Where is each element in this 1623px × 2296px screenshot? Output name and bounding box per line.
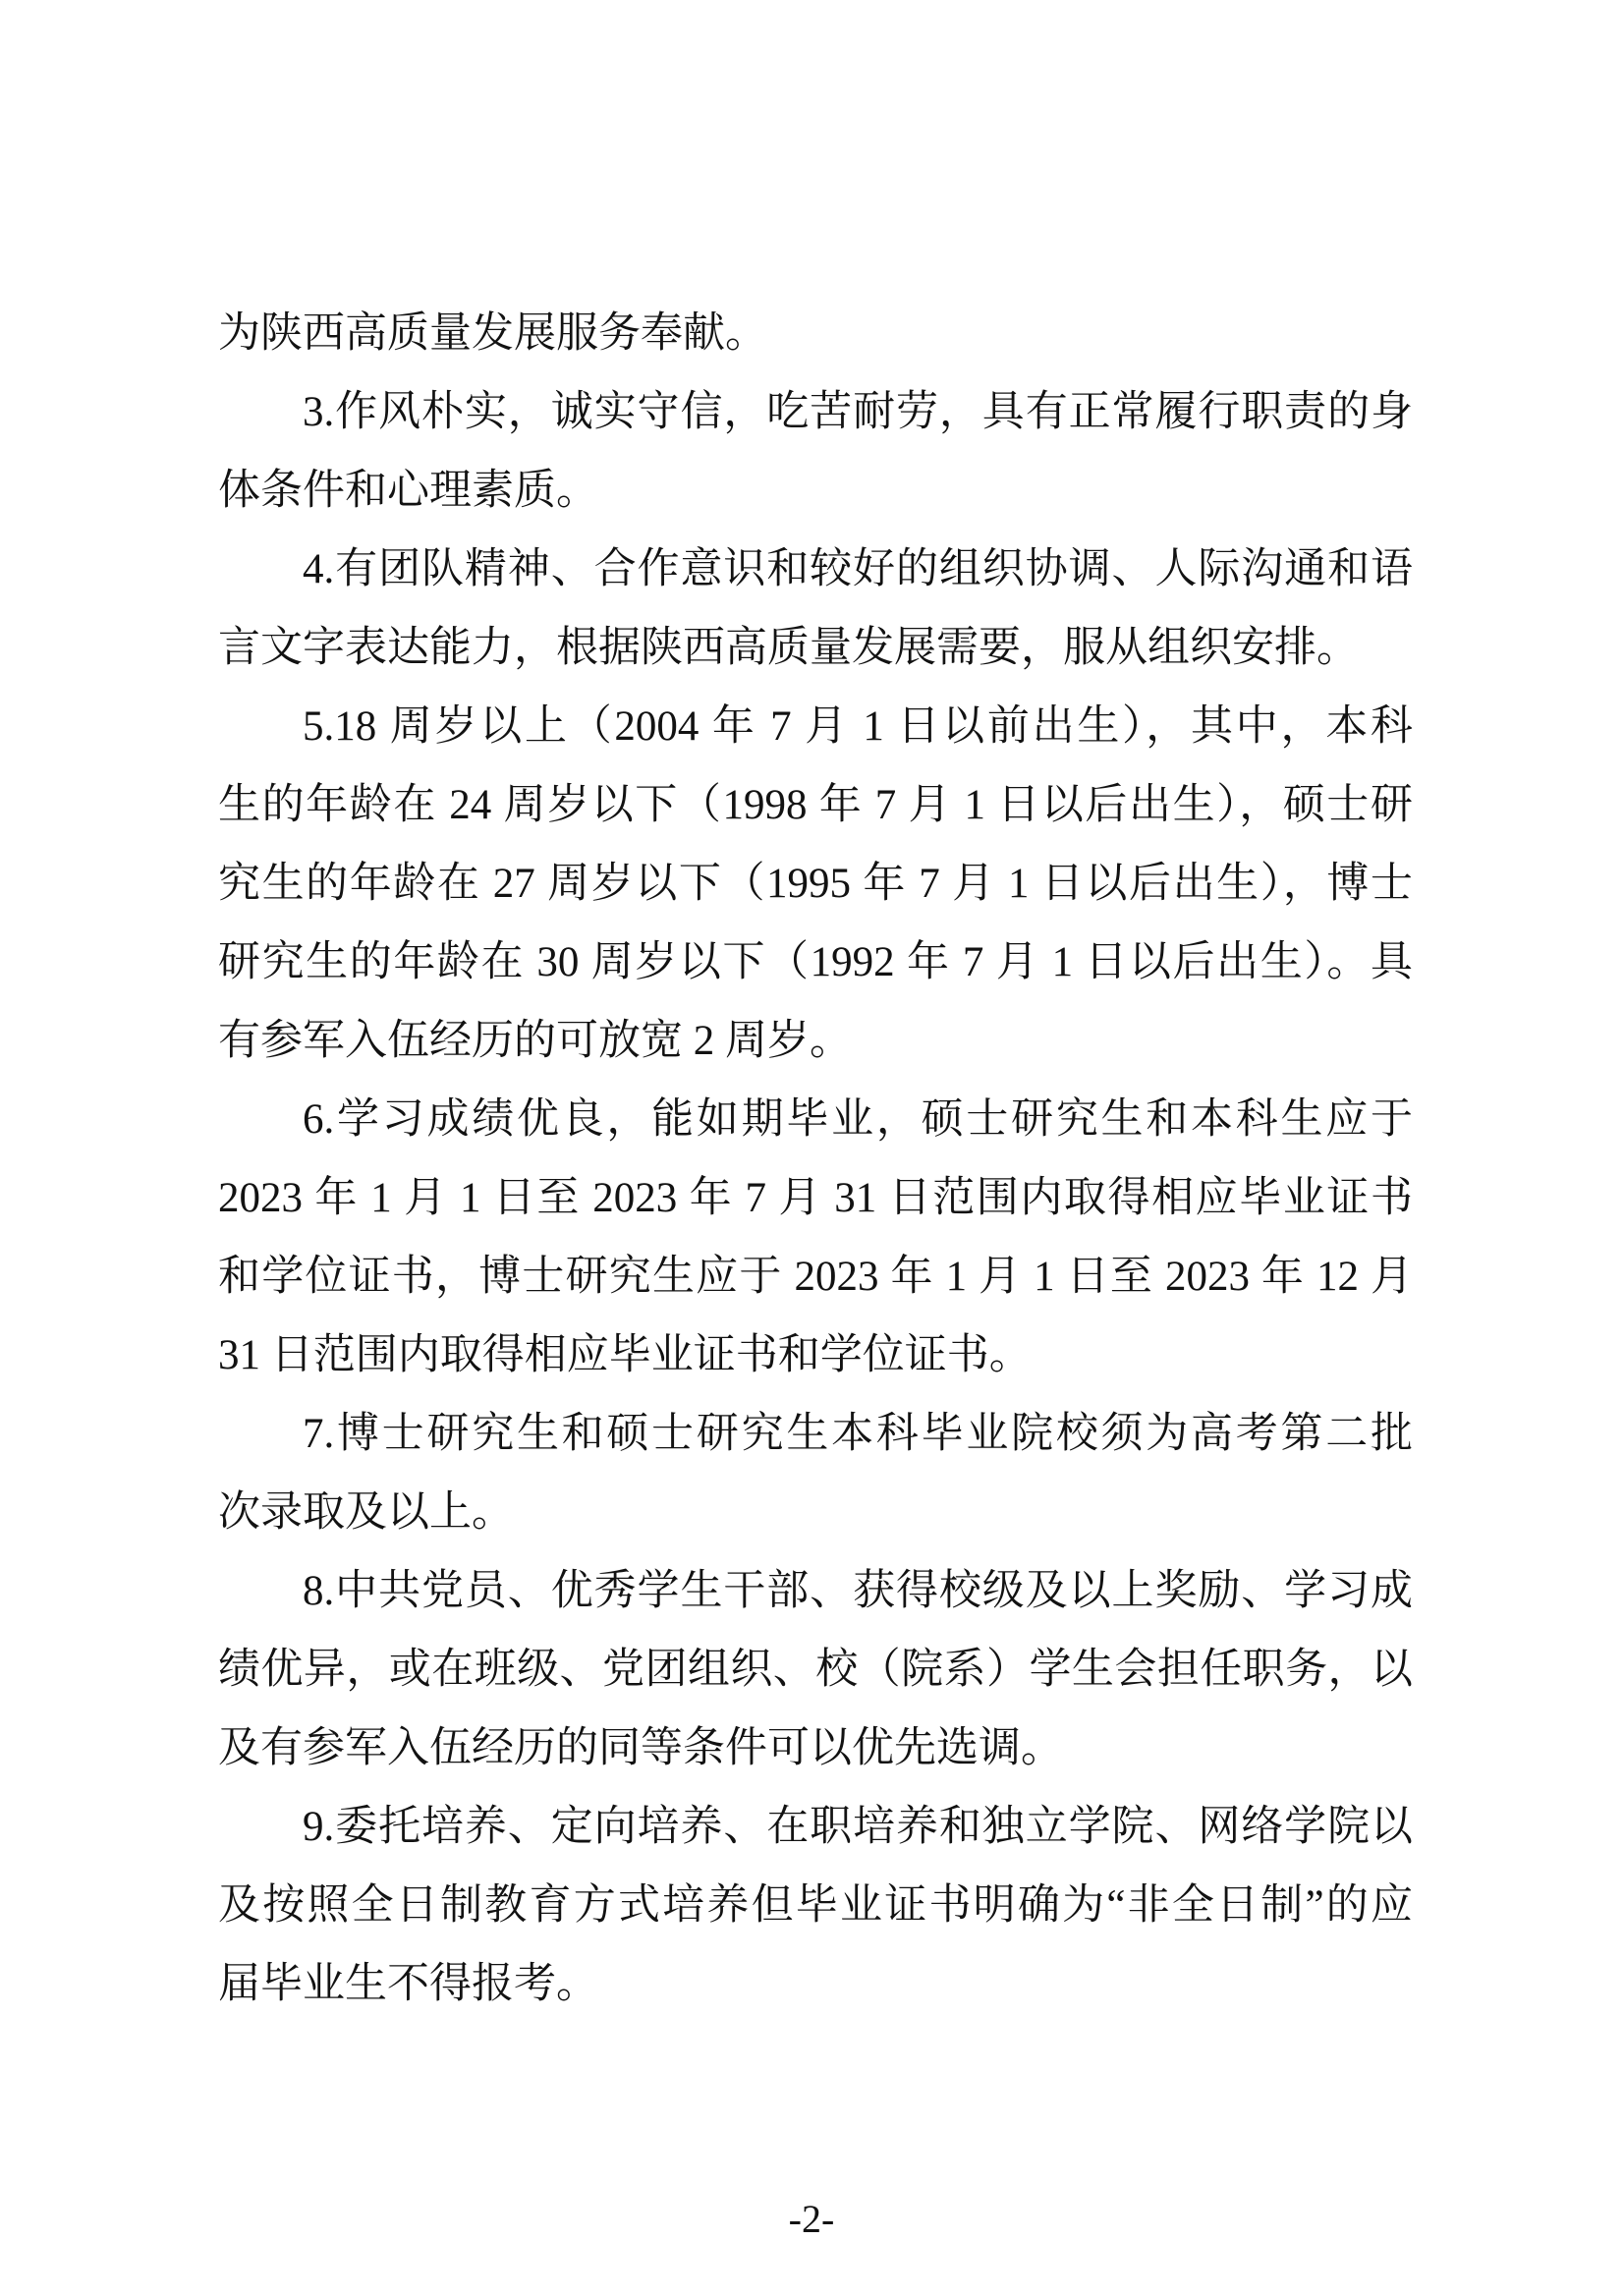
text-line: 5.18 周岁以上（2004 年 7 月 1 日以前出生），其中，本科 (218, 688, 1413, 766)
text-line: 体条件和心理素质。 (218, 452, 1413, 531)
text-line: 7.博士研究生和硕士研究生本科毕业院校须为高考第二批 (218, 1395, 1413, 1474)
text-line: 届毕业生不得报考。 (218, 1945, 1413, 2024)
text-line: 次录取及以上。 (218, 1474, 1413, 1552)
text-line: 和学位证书，博士研究生应于 2023 年 1 月 1 日至 2023 年 12 … (218, 1238, 1413, 1316)
text-line: 6.学习成绩优良，能如期毕业，硕士研究生和本科生应于 (218, 1081, 1413, 1159)
text-line: 31 日范围内取得相应毕业证书和学位证书。 (218, 1316, 1413, 1395)
text-line: 2023 年 1 月 1 日至 2023 年 7 月 31 日范围内取得相应毕业… (218, 1159, 1413, 1238)
text-line: 3.作风朴实，诚实守信，吃苦耐劳，具有正常履行职责的身 (218, 373, 1413, 452)
page-number: -2- (0, 2197, 1623, 2242)
text-line: 绩优异，或在班级、党团组织、校（院系）学生会担任职务，以 (218, 1631, 1413, 1709)
text-line: 及按照全日制教育方式培养但毕业证书明确为“非全日制”的应 (218, 1867, 1413, 1945)
text-line: 言文字表达能力，根据陕西高质量发展需要，服从组织安排。 (218, 609, 1413, 688)
text-line: 及有参军入伍经历的同等条件可以优先选调。 (218, 1709, 1413, 1788)
text-line: 9.委托培养、定向培养、在职培养和独立学院、网络学院以 (218, 1788, 1413, 1867)
text-line: 有参军入伍经历的可放宽 2 周岁。 (218, 1002, 1413, 1081)
text-line: 研究生的年龄在 30 周岁以下（1992 年 7 月 1 日以后出生）。具 (218, 924, 1413, 1002)
text-line: 4.有团队精神、合作意识和较好的组织协调、人际沟通和语 (218, 531, 1413, 609)
text-line: 为陕西高质量发展服务奉献。 (218, 295, 1413, 373)
document-page: 为陕西高质量发展服务奉献。3.作风朴实，诚实守信，吃苦耐劳，具有正常履行职责的身… (0, 0, 1623, 2296)
text-line: 生的年龄在 24 周岁以下（1998 年 7 月 1 日以后出生），硕士研 (218, 766, 1413, 845)
text-line: 究生的年龄在 27 周岁以下（1995 年 7 月 1 日以后出生），博士 (218, 845, 1413, 924)
document-body: 为陕西高质量发展服务奉献。3.作风朴实，诚实守信，吃苦耐劳，具有正常履行职责的身… (218, 295, 1413, 2024)
text-line: 8.中共党员、优秀学生干部、获得校级及以上奖励、学习成 (218, 1552, 1413, 1631)
